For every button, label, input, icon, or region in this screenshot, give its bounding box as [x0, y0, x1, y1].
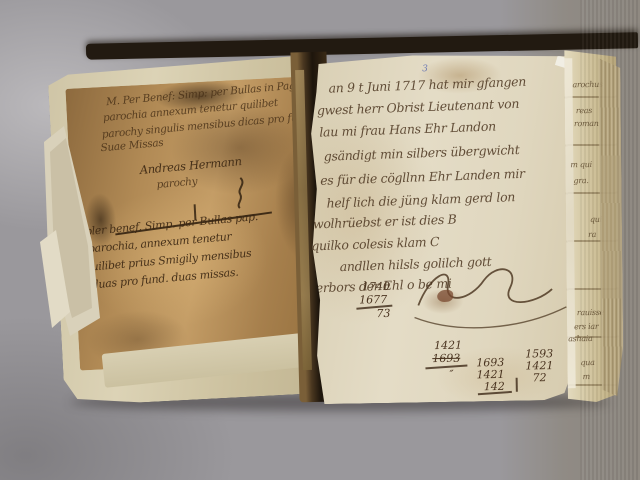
german-entry-line: gsändigt min silbers übergwicht [323, 142, 519, 164]
sum-c-tick [516, 378, 518, 392]
signature-andreas-hermann: Andreas Hermann [139, 154, 242, 177]
edge-text-fragment: qua [580, 358, 594, 367]
sum-b-struck: 1693 [432, 352, 460, 365]
edge-text-fragment: m qui [570, 160, 592, 169]
right-manuscript-page: 3 an 9 t Juni 1717 hat mir gfangen gwest… [308, 53, 575, 405]
edge-text-fragment: rauisse [577, 308, 604, 317]
german-entry-line: wolhrüebst er ist dies B [313, 211, 457, 231]
edge-text-fragment: roman [574, 119, 599, 128]
sum-b-top: 1421 [434, 339, 462, 352]
fore-edge-leaf-stack [598, 58, 624, 396]
sum-a-result: 73 [376, 307, 390, 320]
german-entry-line: an 9 t Juni 1717 hat mir gfangen [328, 74, 526, 96]
german-entry-line: helf lich die jüng klam gerd lon [326, 189, 515, 211]
german-entry-line: lau mi frau Hans Ehr Landon [319, 119, 496, 140]
edge-text-fragment: arochus [572, 80, 602, 89]
german-entry-line: es für die cögllnn Ehr Landen mir [320, 166, 525, 188]
edge-text-fragment: reas [576, 106, 592, 115]
edge-text-fragment: gra. [573, 176, 588, 185]
book-top-shadow [86, 32, 638, 60]
blue-pencil-mark: 3 [422, 64, 428, 74]
edge-text-fragment: ra [588, 230, 596, 239]
sum-a-top: 1740 [362, 280, 390, 293]
photo-open-manuscript: M. Per Benef: Simp: per Bullas in Pag: p… [0, 0, 640, 480]
ink-blot [437, 290, 453, 302]
german-entry-line: quilko colesis klam C [311, 234, 439, 253]
edge-text-fragment: ers iar [574, 322, 598, 331]
german-entry-line: gwest herr Obrist Lieutenant von [317, 96, 520, 118]
latin-note-line: pler benef. Simp. per Bullas pap. [84, 210, 258, 238]
torn-canvas-flap [30, 122, 110, 352]
ink-flourish-s [228, 175, 252, 210]
sum-d-result: 72 [533, 371, 547, 384]
edge-text-fragment: m [583, 372, 590, 381]
signature-flourish [408, 259, 579, 342]
sum-b-ditto: ″ [449, 368, 453, 381]
edge-text-fragment: ashaia [568, 334, 592, 343]
signature-sub: parochy [156, 175, 198, 191]
